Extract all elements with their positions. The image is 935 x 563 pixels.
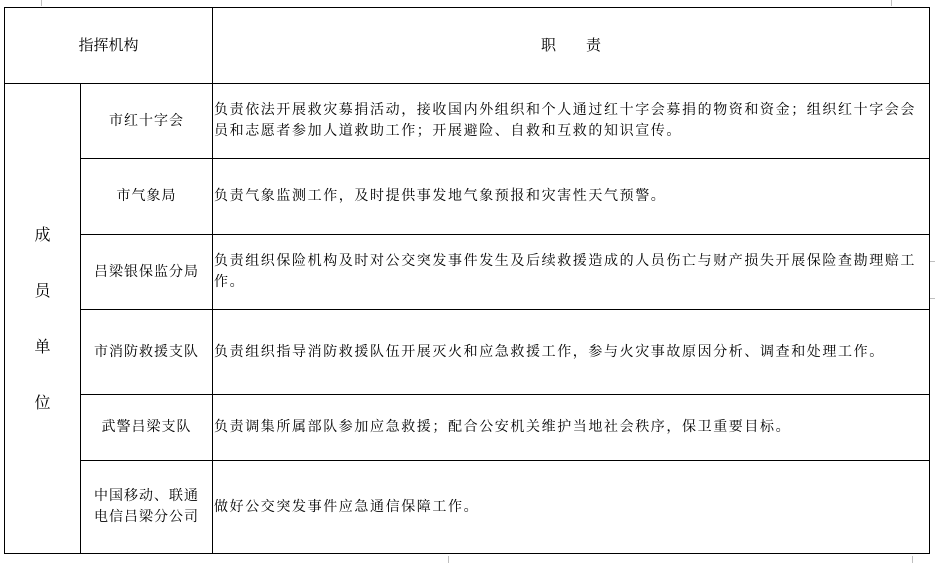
responsibility-table: 指挥机构 职 责 成 员 单 位 市红十字会 负责依法开展救灾募捐活动，接收国内…	[4, 7, 930, 554]
page-corner-mark	[18, 0, 42, 6]
org-name: 市气象局	[81, 159, 213, 235]
table-header-row: 指挥机构 职 责	[5, 8, 930, 84]
org-name: 吕梁银保监分局	[81, 235, 213, 310]
header-org-column: 指挥机构	[5, 8, 213, 84]
table-row: 武警吕梁支队 负责调集所属部队参加应急救援；配合公安机关维护当地社会秩序，保卫重…	[5, 395, 930, 461]
org-name: 市红十字会	[81, 84, 213, 159]
org-duty: 负责气象监测工作，及时提供事发地气象预报和灾害性天气预警。	[213, 159, 930, 235]
org-duty: 负责组织指导消防救援队伍开展灭火和应急救援工作，参与火灾事故原因分析、调查和处理…	[213, 310, 930, 395]
page-corner-mark	[912, 556, 933, 563]
table-row: 市消防救援支队 负责组织指导消防救援队伍开展灭火和应急救援工作，参与火灾事故原因…	[5, 310, 930, 395]
page-corner-mark	[891, 0, 912, 6]
org-duty: 负责依法开展救灾募捐活动，接收国内外组织和个人通过红十字会募捐的物资和资金；组织…	[213, 84, 930, 159]
header-duty-column: 职 责	[213, 8, 930, 84]
org-name: 中国移动、联通电信吕梁分公司	[81, 461, 213, 554]
table-row: 吕梁银保监分局 负责组织保险机构及时对公交突发事件发生及后续救援造成的人员伤亡与…	[5, 235, 930, 310]
org-duty: 负责组织保险机构及时对公交突发事件发生及后续救援造成的人员伤亡与财产损失开展保险…	[213, 235, 930, 310]
table-row: 成 员 单 位 市红十字会 负责依法开展救灾募捐活动，接收国内外组织和个人通过红…	[5, 84, 930, 159]
org-name: 市消防救援支队	[81, 310, 213, 395]
table-row: 市气象局 负责气象监测工作，及时提供事发地气象预报和灾害性天气预警。	[5, 159, 930, 235]
org-duty: 负责调集所属部队参加应急救援；配合公安机关维护当地社会秩序，保卫重要目标。	[213, 395, 930, 461]
member-units-label: 成 员 单 位	[5, 84, 81, 554]
org-name: 武警吕梁支队	[81, 395, 213, 461]
table-row: 中国移动、联通电信吕梁分公司 做好公交突发事件应急通信保障工作。	[5, 461, 930, 554]
page-corner-mark	[448, 556, 457, 563]
org-duty: 做好公交突发事件应急通信保障工作。	[213, 461, 930, 554]
